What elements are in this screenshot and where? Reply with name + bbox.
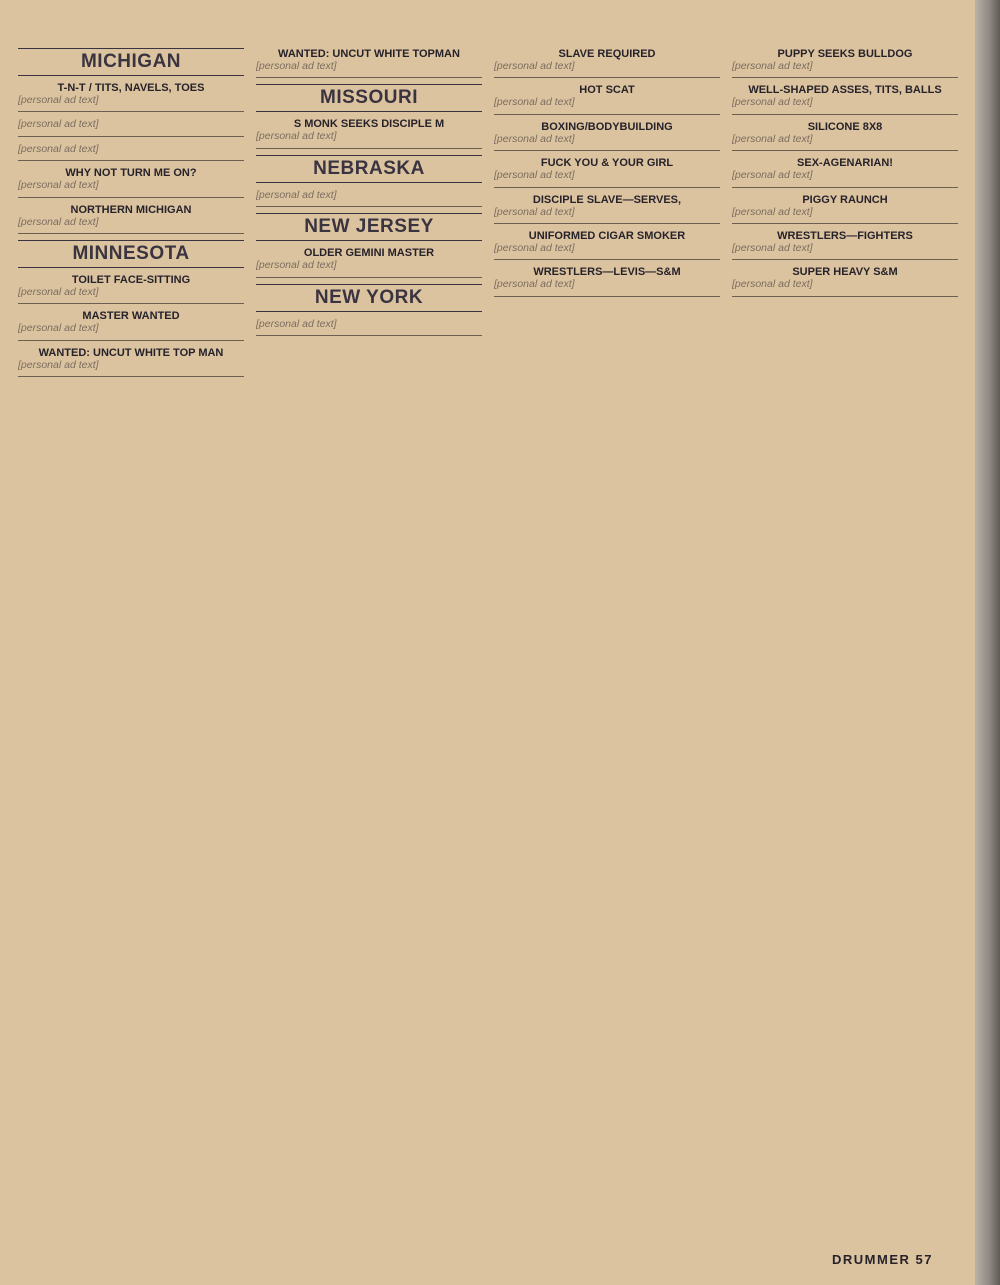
ad-headline: PUPPY SEEKS BULLDOG <box>732 48 958 60</box>
state-heading: NEW JERSEY <box>256 213 482 241</box>
ad-body: [personal ad text] <box>494 133 720 145</box>
ad-headline: WRESTLERS—LEVIS—S&M <box>494 266 720 278</box>
ad-headline: MASTER WANTED <box>18 310 244 322</box>
ad-headline: TOILET FACE-SITTING <box>18 274 244 286</box>
ad-headline: WELL-SHAPED ASSES, TITS, BALLS <box>732 84 958 96</box>
ad-body: [personal ad text] <box>18 179 244 191</box>
classified-ad: S MONK SEEKS DISCIPLE M[personal ad text… <box>256 118 482 148</box>
ad-body: [personal ad text] <box>732 96 958 108</box>
ad-body: [personal ad text] <box>494 242 720 254</box>
ad-headline: WHY NOT TURN ME ON? <box>18 167 244 179</box>
ad-body: [personal ad text] <box>18 94 244 106</box>
page-edge <box>975 0 1000 1285</box>
column-2: WANTED: UNCUT WHITE TOPMAN[personal ad t… <box>256 48 482 1228</box>
classified-ad: WANTED: UNCUT WHITE TOP MAN[personal ad … <box>18 347 244 377</box>
classified-ad: WRESTLERS—FIGHTERS[personal ad text] <box>732 230 958 260</box>
ad-headline: BOXING/BODYBUILDING <box>494 121 720 133</box>
column-1: MICHIGANT-N-T / TITS, NAVELS, TOES[perso… <box>18 48 244 1228</box>
classified-ad: FUCK YOU & YOUR GIRL[personal ad text] <box>494 157 720 187</box>
classified-ad: BOXING/BODYBUILDING[personal ad text] <box>494 121 720 151</box>
ad-body: [personal ad text] <box>256 130 482 142</box>
ad-body: [personal ad text] <box>256 259 482 271</box>
ad-headline: SEX-AGENARIAN! <box>732 157 958 169</box>
ad-headline: PIGGY RAUNCH <box>732 194 958 206</box>
ad-body: [personal ad text] <box>18 143 244 155</box>
ad-body: [personal ad text] <box>256 60 482 72</box>
ad-body: [personal ad text] <box>494 206 720 218</box>
classified-ad: NORTHERN MICHIGAN[personal ad text] <box>18 204 244 234</box>
ad-body: [personal ad text] <box>732 169 958 181</box>
ad-headline: SLAVE REQUIRED <box>494 48 720 60</box>
ad-body: [personal ad text] <box>494 169 720 181</box>
classified-ad: SILICONE 8x8[personal ad text] <box>732 121 958 151</box>
ad-headline: S MONK SEEKS DISCIPLE M <box>256 118 482 130</box>
ad-headline: WANTED: UNCUT WHITE TOPMAN <box>256 48 482 60</box>
ad-body: [personal ad text] <box>18 118 244 130</box>
ad-body: [personal ad text] <box>256 318 482 330</box>
ad-headline: NORTHERN MICHIGAN <box>18 204 244 216</box>
classified-ad: HOT SCAT[personal ad text] <box>494 84 720 114</box>
ad-headline: WRESTLERS—FIGHTERS <box>732 230 958 242</box>
ad-body: [personal ad text] <box>732 133 958 145</box>
classified-ad: PIGGY RAUNCH[personal ad text] <box>732 194 958 224</box>
classified-ad: [personal ad text] <box>18 118 244 136</box>
ad-headline: UNIFORMED CIGAR SMOKER <box>494 230 720 242</box>
magazine-page: MICHIGANT-N-T / TITS, NAVELS, TOES[perso… <box>0 0 975 1285</box>
ad-body: [personal ad text] <box>18 286 244 298</box>
ad-body: [personal ad text] <box>732 60 958 72</box>
page-number: 57 <box>916 1252 933 1267</box>
ad-body: [personal ad text] <box>494 60 720 72</box>
classified-ad: TOILET FACE-SITTING[personal ad text] <box>18 274 244 304</box>
ad-body: [personal ad text] <box>732 278 958 290</box>
column-4: PUPPY SEEKS BULLDOG[personal ad text]WEL… <box>732 48 958 1228</box>
classified-ad: [personal ad text] <box>256 318 482 336</box>
ad-headline: SILICONE 8x8 <box>732 121 958 133</box>
state-heading: NEBRASKA <box>256 155 482 183</box>
column-3: SLAVE REQUIRED[personal ad text]HOT SCAT… <box>494 48 720 1228</box>
classified-ad: DISCIPLE SLAVE—SERVES,[personal ad text] <box>494 194 720 224</box>
classified-ad: OLDER GEMINI MASTER[personal ad text] <box>256 247 482 277</box>
state-heading: MISSOURI <box>256 84 482 112</box>
ad-body: [personal ad text] <box>18 322 244 334</box>
classified-ad: MASTER WANTED[personal ad text] <box>18 310 244 340</box>
ad-body: [personal ad text] <box>732 242 958 254</box>
classified-ad: [personal ad text] <box>256 189 482 207</box>
state-heading: MICHIGAN <box>18 48 244 76</box>
state-heading: NEW YORK <box>256 284 482 312</box>
ad-headline: FUCK YOU & YOUR GIRL <box>494 157 720 169</box>
ad-body: [personal ad text] <box>18 359 244 371</box>
classified-ad: SLAVE REQUIRED[personal ad text] <box>494 48 720 78</box>
state-heading: MINNESOTA <box>18 240 244 268</box>
classified-ad: WHY NOT TURN ME ON?[personal ad text] <box>18 167 244 197</box>
publication-name: DRUMMER <box>832 1252 910 1267</box>
ad-headline: WANTED: UNCUT WHITE TOP MAN <box>18 347 244 359</box>
ad-headline: DISCIPLE SLAVE—SERVES, <box>494 194 720 206</box>
classified-ad: WELL-SHAPED ASSES, TITS, BALLS[personal … <box>732 84 958 114</box>
ad-headline: OLDER GEMINI MASTER <box>256 247 482 259</box>
ad-body: [personal ad text] <box>494 96 720 108</box>
ad-body: [personal ad text] <box>732 206 958 218</box>
classified-ad: WANTED: UNCUT WHITE TOPMAN[personal ad t… <box>256 48 482 78</box>
ad-headline: SUPER HEAVY S&M <box>732 266 958 278</box>
classified-ad: WRESTLERS—LEVIS—S&M[personal ad text] <box>494 266 720 296</box>
classified-ad: PUPPY SEEKS BULLDOG[personal ad text] <box>732 48 958 78</box>
classified-ad: T-N-T / TITS, NAVELS, TOES[personal ad t… <box>18 82 244 112</box>
classified-ad: SEX-AGENARIAN![personal ad text] <box>732 157 958 187</box>
classified-ad: [personal ad text] <box>18 143 244 161</box>
ad-body: [personal ad text] <box>18 216 244 228</box>
classified-ad: SUPER HEAVY S&M[personal ad text] <box>732 266 958 296</box>
ad-body: [personal ad text] <box>256 189 482 201</box>
ad-headline: HOT SCAT <box>494 84 720 96</box>
classifieds-columns: MICHIGANT-N-T / TITS, NAVELS, TOES[perso… <box>18 48 958 1228</box>
ad-headline: T-N-T / TITS, NAVELS, TOES <box>18 82 244 94</box>
ad-body: [personal ad text] <box>494 278 720 290</box>
page-footer: DRUMMER 57 <box>832 1252 933 1267</box>
classified-ad: UNIFORMED CIGAR SMOKER[personal ad text] <box>494 230 720 260</box>
